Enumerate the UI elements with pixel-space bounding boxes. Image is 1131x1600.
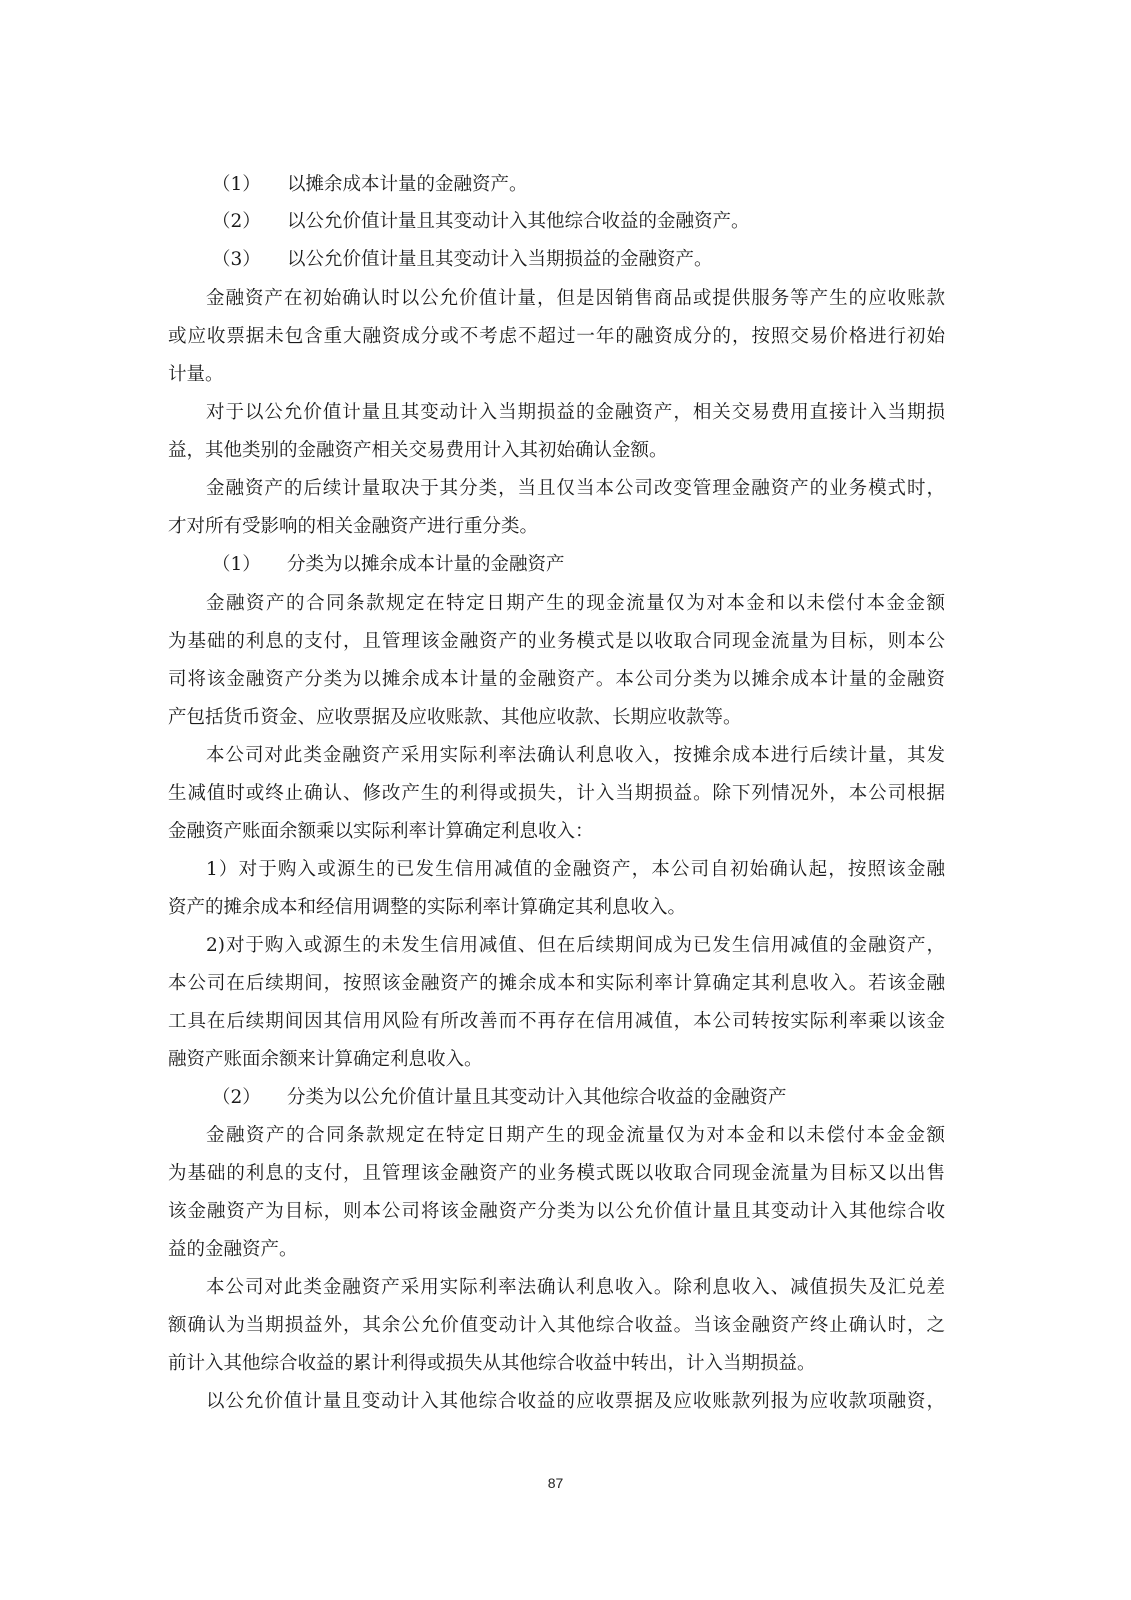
subheading-number: （1） — [212, 553, 261, 577]
paragraph-line: 该金融资产为目标，则本公司将该金融资产分类为以公允价值计量且其变动计入其他综合收 — [168, 1200, 945, 1224]
paragraph-line: 金融资产的合同条款规定在特定日期产生的现金流量仅为对本金和以未偿付本金金额 — [206, 592, 945, 616]
subheading-number: （2） — [212, 1086, 261, 1110]
paragraph-line: 本公司对此类金融资产采用实际利率法确认利息收入，按摊余成本进行后续计量，其发 — [206, 744, 945, 768]
paragraph-line: 融资产账面余额来计算确定利息收入。 — [168, 1048, 945, 1072]
paragraph-line: 才对所有受影响的相关金融资产进行重分类。 — [168, 515, 945, 539]
page-number: 87 — [0, 1475, 1111, 1491]
paragraph-line: 益，其他类别的金融资产相关交易费用计入其初始确认金额。 — [168, 439, 945, 463]
document-page: （1） 以摊余成本计量的金融资产。 （2） 以公允价值计量且其变动计入其他综合收… — [0, 0, 1131, 1600]
paragraph-line: 生减值时或终止确认、修改产生的利得或损失，计入当期损益。除下列情况外，本公司根据 — [168, 782, 945, 806]
paragraph-line: 金融资产在初始确认时以公允价值计量，但是因销售商品或提供服务等产生的应收账款 — [206, 287, 945, 311]
list-number: （3） — [212, 248, 261, 272]
paragraph-line: 为基础的利息的支付，且管理该金融资产的业务模式是以收取合同现金流量为目标，则本公 — [168, 630, 945, 654]
paragraph-line: 工具在后续期间因其信用风险有所改善而不再存在信用减值，本公司转按实际利率乘以该金 — [168, 1010, 945, 1034]
list-item-text: 以公允价值计量且其变动计入当期损益的金融资产。 — [287, 248, 713, 272]
paragraph-line: 金融资产的合同条款规定在特定日期产生的现金流量仅为对本金和以未偿付本金金额 — [206, 1124, 945, 1148]
paragraph-line: 金融资产的后续计量取决于其分类，当且仅当本公司改变管理金融资产的业务模式时， — [206, 477, 945, 501]
paragraph-line: 1）对于购入或源生的已发生信用减值的金融资产，本公司自初始确认起，按照该金融 — [206, 858, 945, 882]
paragraph-line: 前计入其他综合收益的累计利得或损失从其他综合收益中转出，计入当期损益。 — [168, 1352, 945, 1376]
subheading-2: 分类为以公允价值计量且其变动计入其他综合收益的金融资产 — [287, 1086, 787, 1110]
list-item-text: 以摊余成本计量的金融资产。 — [287, 173, 528, 197]
paragraph-line: 本公司对此类金融资产采用实际利率法确认利息收入。除利息收入、减值损失及汇兑差 — [206, 1276, 945, 1300]
subheading-1: 分类为以摊余成本计量的金融资产 — [287, 553, 565, 577]
paragraph-line: 产包括货币资金、应收票据及应收账款、其他应收款、长期应收款等。 — [168, 706, 945, 730]
paragraph-line: 益的金融资产。 — [168, 1238, 945, 1262]
paragraph-line: 或应收票据未包含重大融资成分或不考虑不超过一年的融资成分的，按照交易价格进行初始 — [168, 325, 945, 349]
paragraph-line: 司将该金融资产分类为以摊余成本计量的金融资产。本公司分类为以摊余成本计量的金融资 — [168, 668, 945, 692]
paragraph-line: 资产的摊余成本和经信用调整的实际利率计算确定其利息收入。 — [168, 896, 945, 920]
list-item-text: 以公允价值计量且其变动计入其他综合收益的金融资产。 — [287, 210, 750, 234]
paragraph-line: 计量。 — [168, 363, 945, 387]
paragraph-line: 为基础的利息的支付，且管理该金融资产的业务模式既以收取合同现金流量为目标又以出售 — [168, 1162, 945, 1186]
paragraph-line: 本公司在后续期间，按照该金融资产的摊余成本和实际利率计算确定其利息收入。若该金融 — [168, 972, 945, 996]
list-number: （2） — [212, 210, 261, 234]
paragraph-line: 额确认为当期损益外，其余公允价值变动计入其他综合收益。当该金融资产终止确认时，之 — [168, 1314, 945, 1338]
paragraph-line: 2)对于购入或源生的未发生信用减值、但在后续期间成为已发生信用减值的金融资产， — [206, 934, 945, 958]
list-number: （1） — [212, 173, 261, 197]
paragraph-line: 对于以公允价值计量且其变动计入当期损益的金融资产，相关交易费用直接计入当期损 — [206, 401, 945, 425]
paragraph-line: 以公允价值计量且变动计入其他综合收益的应收票据及应收账款列报为应收款项融资， — [206, 1390, 945, 1414]
paragraph-line: 金融资产账面余额乘以实际利率计算确定利息收入： — [168, 820, 945, 844]
